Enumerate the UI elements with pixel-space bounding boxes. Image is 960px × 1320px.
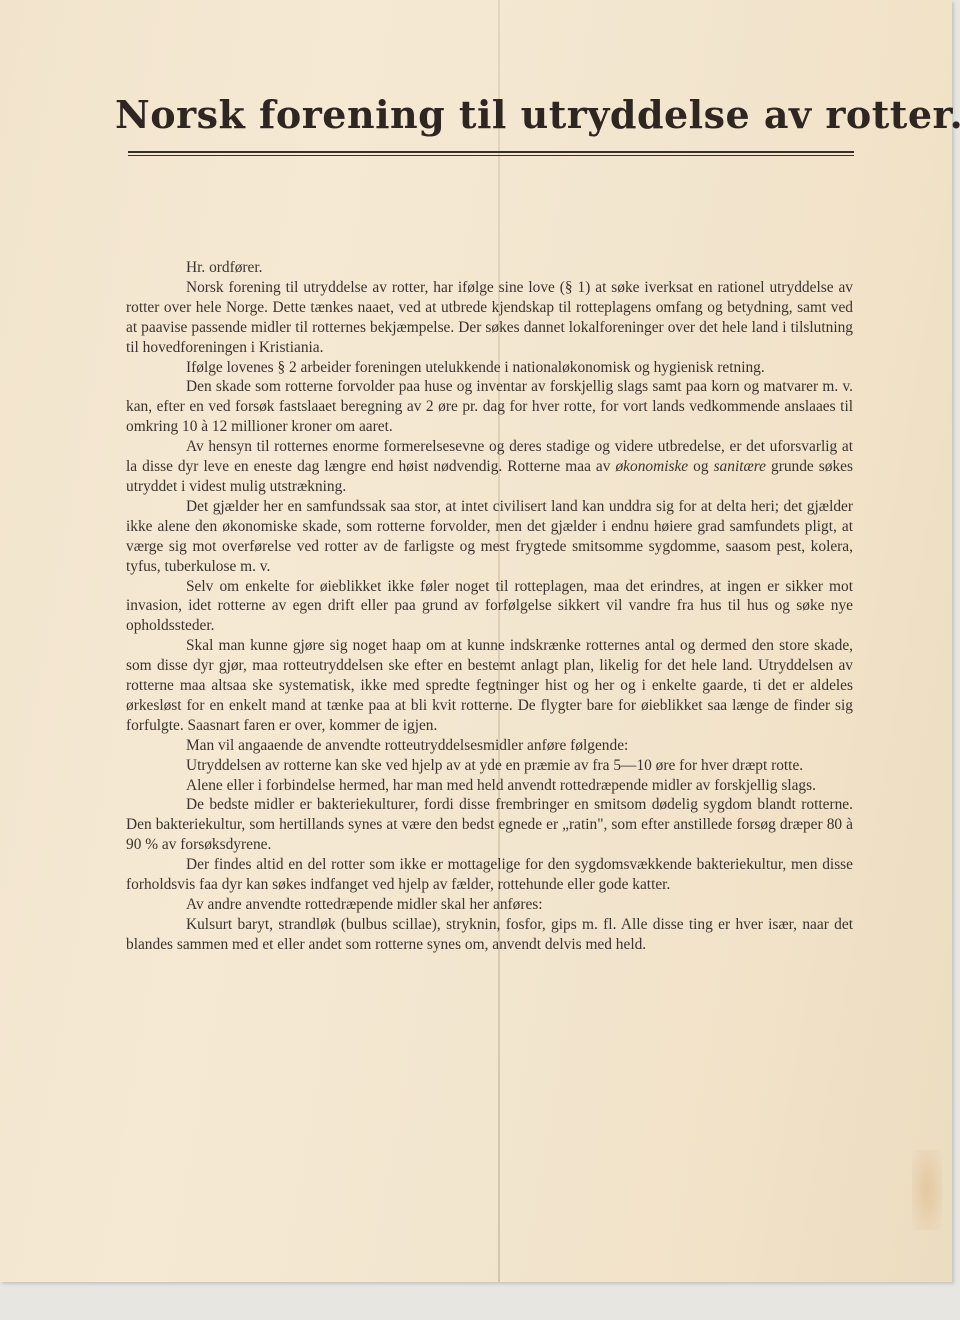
paper-sheet: Norsk forening til utryddelse av rotter.… bbox=[0, 0, 952, 1282]
paragraph: Selv om enkelte for øieblikket ikke føle… bbox=[126, 577, 853, 637]
paragraph: Av andre anvendte rottedræpende midler s… bbox=[126, 895, 853, 915]
paragraph: De bedste midler er bakteriekulturer, fo… bbox=[126, 795, 853, 855]
title-rule-thick bbox=[128, 151, 854, 153]
paragraph: Ifølge lovenes § 2 arbeider foreningen u… bbox=[126, 358, 853, 378]
paragraph: Norsk forening til utryddelse av rotter,… bbox=[126, 278, 853, 358]
salutation: Hr. ordfører. bbox=[126, 258, 853, 278]
paragraph: Skal man kunne gjøre sig noget haap om a… bbox=[126, 636, 853, 736]
paragraph: Kulsurt baryt, strandløk (bulbus scillae… bbox=[126, 915, 853, 955]
document-title: Norsk forening til utryddelse av rotter. bbox=[115, 92, 875, 137]
paragraph: Den skade som rotterne forvolder paa hus… bbox=[126, 377, 853, 437]
text-run: og bbox=[688, 458, 713, 475]
paragraph-hensyn: Av hensyn til rotternes enorme formerels… bbox=[126, 437, 853, 497]
paragraph: Man vil angaaende de anvendte rotteutryd… bbox=[126, 736, 853, 756]
paper-stain bbox=[912, 1150, 942, 1230]
paragraph: Det gjælder her en samfundssak saa stor,… bbox=[126, 497, 853, 577]
italic-term: økonomiske bbox=[615, 458, 688, 475]
paragraph: Alene eller i forbindelse hermed, har ma… bbox=[126, 776, 853, 796]
letter-body: Hr. ordfører. Norsk forening til utrydde… bbox=[126, 258, 853, 955]
paragraph: Der findes altid en del rotter som ikke … bbox=[126, 855, 853, 895]
italic-term: sanitære bbox=[714, 458, 766, 475]
title-rule-thin bbox=[128, 155, 854, 156]
paragraph: Utryddelsen av rotterne kan ske ved hjel… bbox=[126, 756, 853, 776]
